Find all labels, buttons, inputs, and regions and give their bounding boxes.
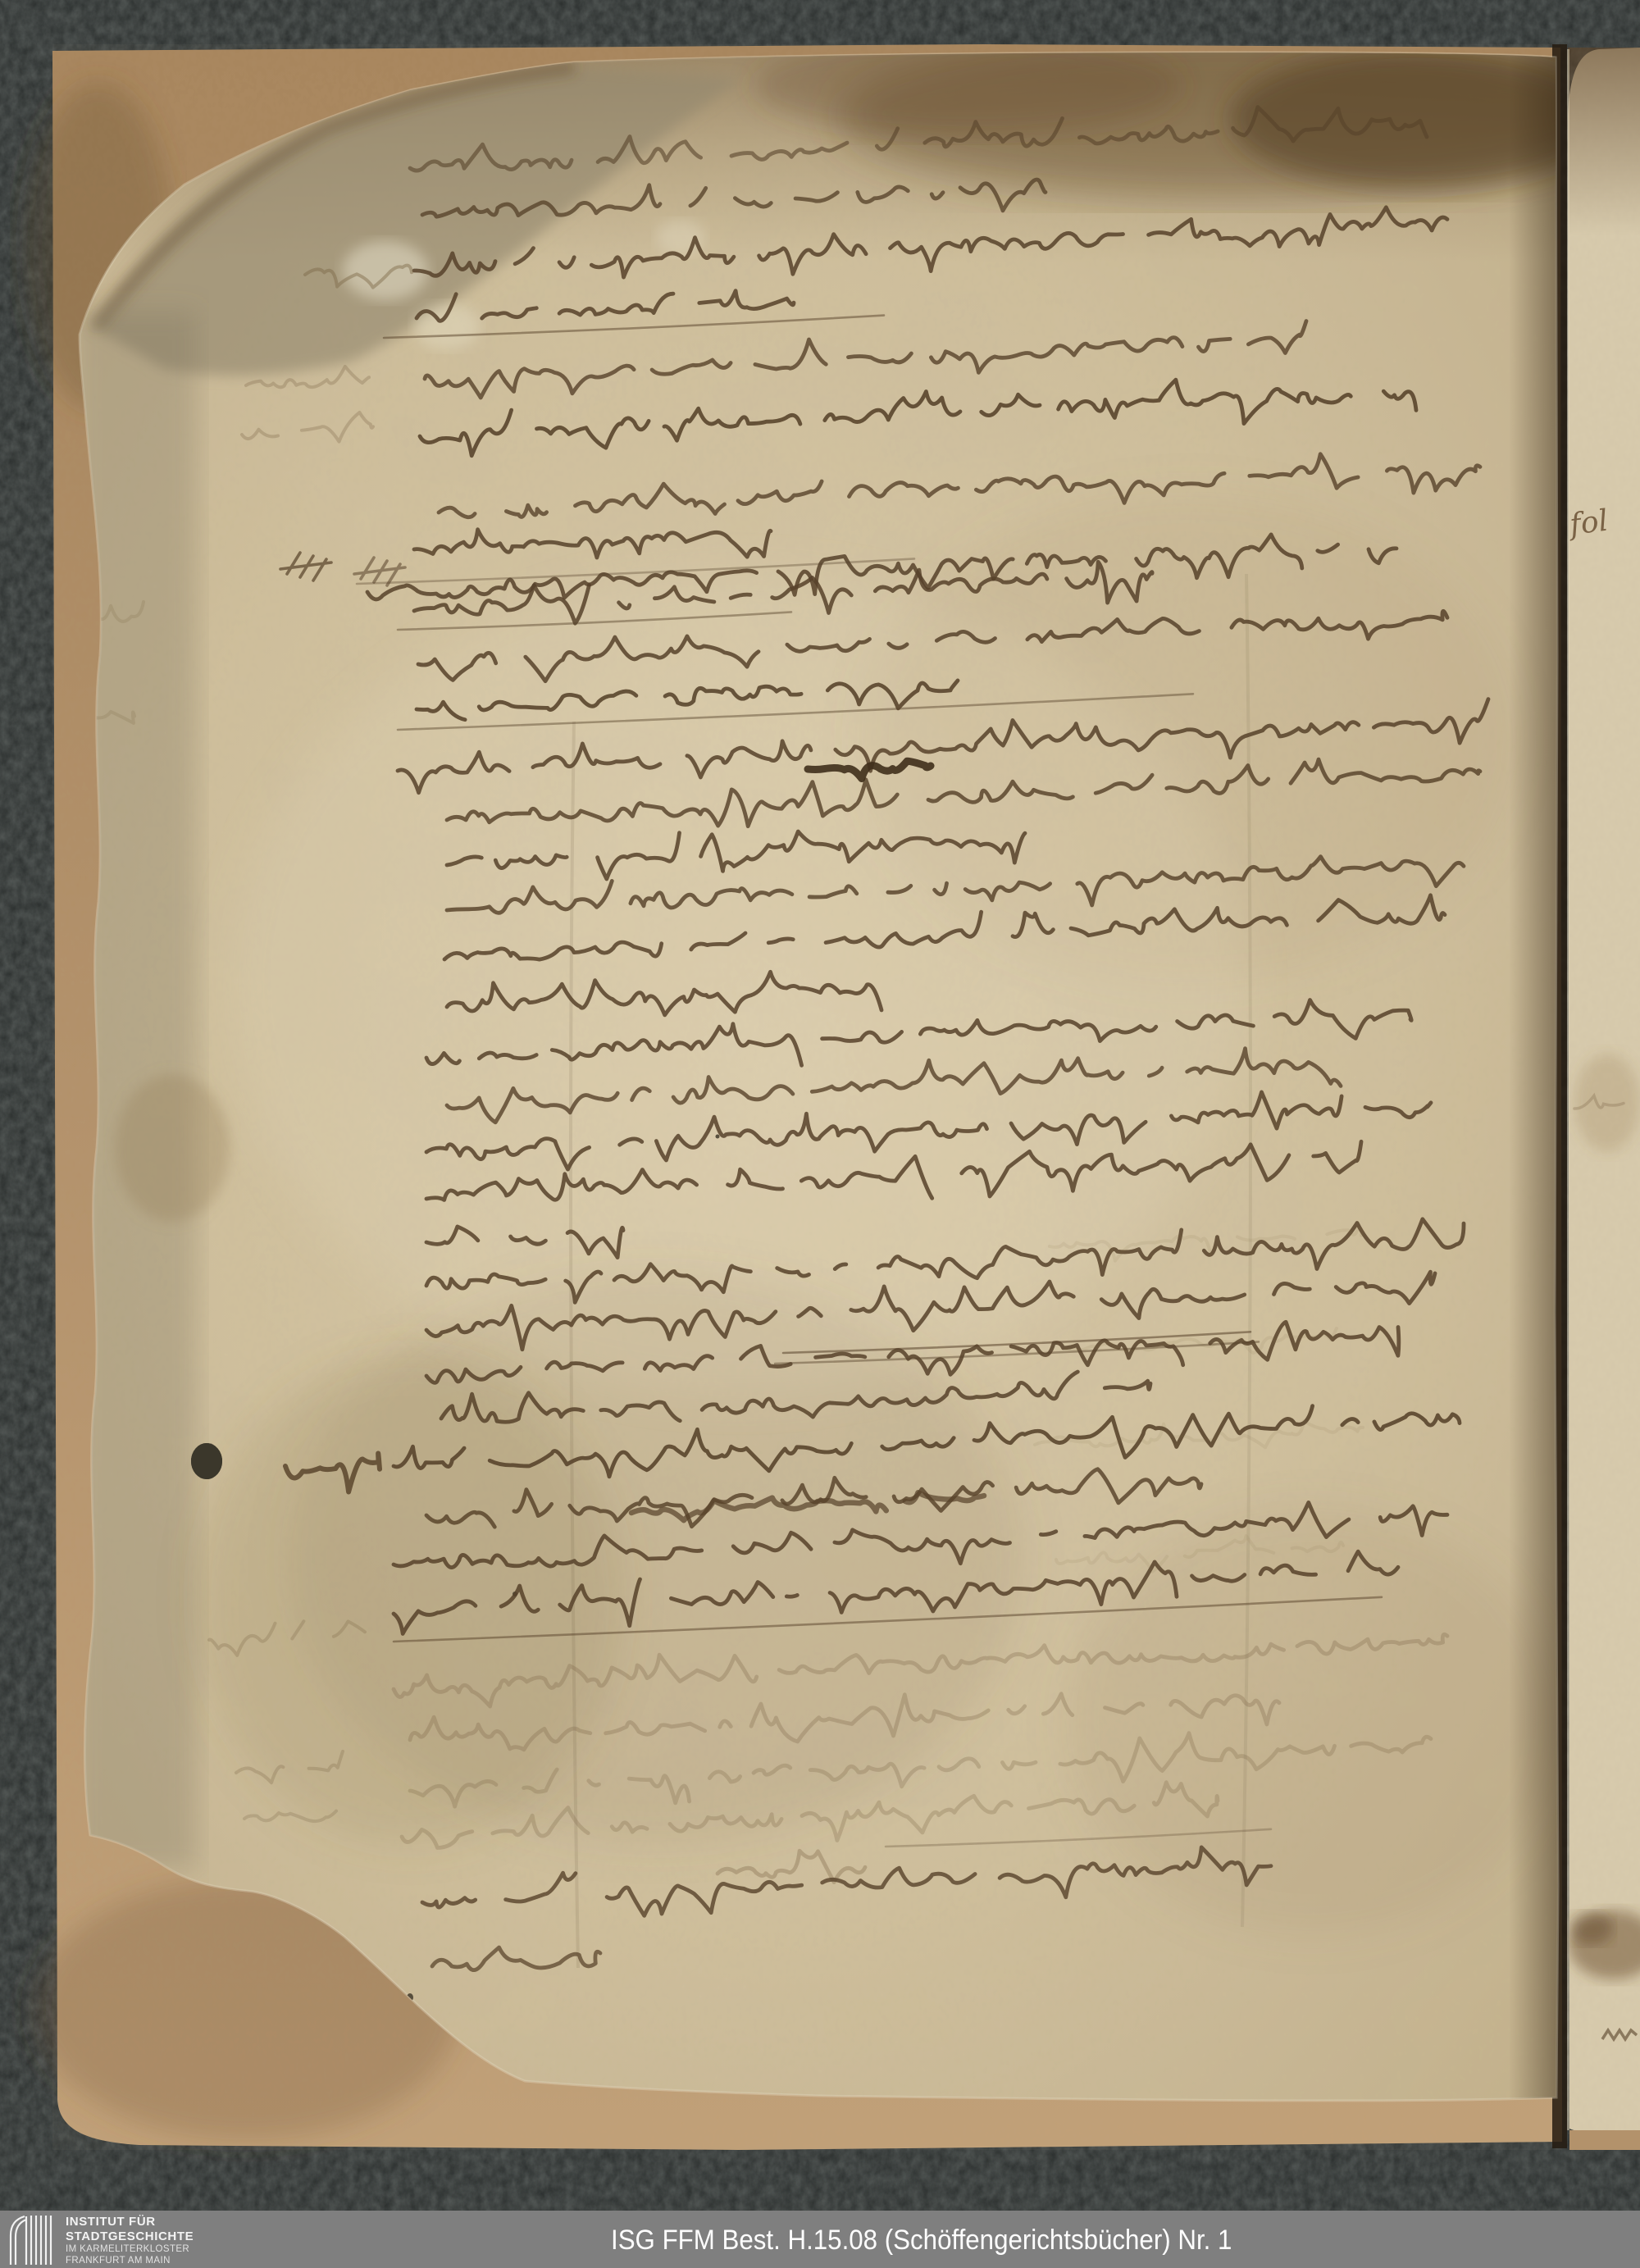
manuscript-leaf [49,33,1624,2107]
manuscript-scan: fol [0,0,1640,2268]
archive-caption: ISG FFM Best. H.15.08 (Schöffengerichtsb… [611,2225,1232,2257]
institution-line2: STADTGESCHICHTE [66,2230,194,2243]
institution-line3: IM KARMELITERKLOSTER [66,2245,194,2255]
institution-line1: INSTITUT FÜR [66,2216,194,2228]
karmeliterkloster-arch-icon [8,2214,54,2265]
isg-logo: INSTITUT FÜR STADTGESCHICHTE IM KARMELIT… [8,2214,194,2267]
folio-marginal-note: fol [1565,504,1610,543]
institution-name: INSTITUT FÜR STADTGESCHICHTE IM KARMELIT… [66,2214,194,2267]
institution-line4: FRANKFURT AM MAIN [66,2257,194,2266]
footer-bar: INSTITUT FÜR STADTGESCHICHTE IM KARMELIT… [0,2211,1640,2268]
right-page-edge: fol [1565,48,1640,2150]
